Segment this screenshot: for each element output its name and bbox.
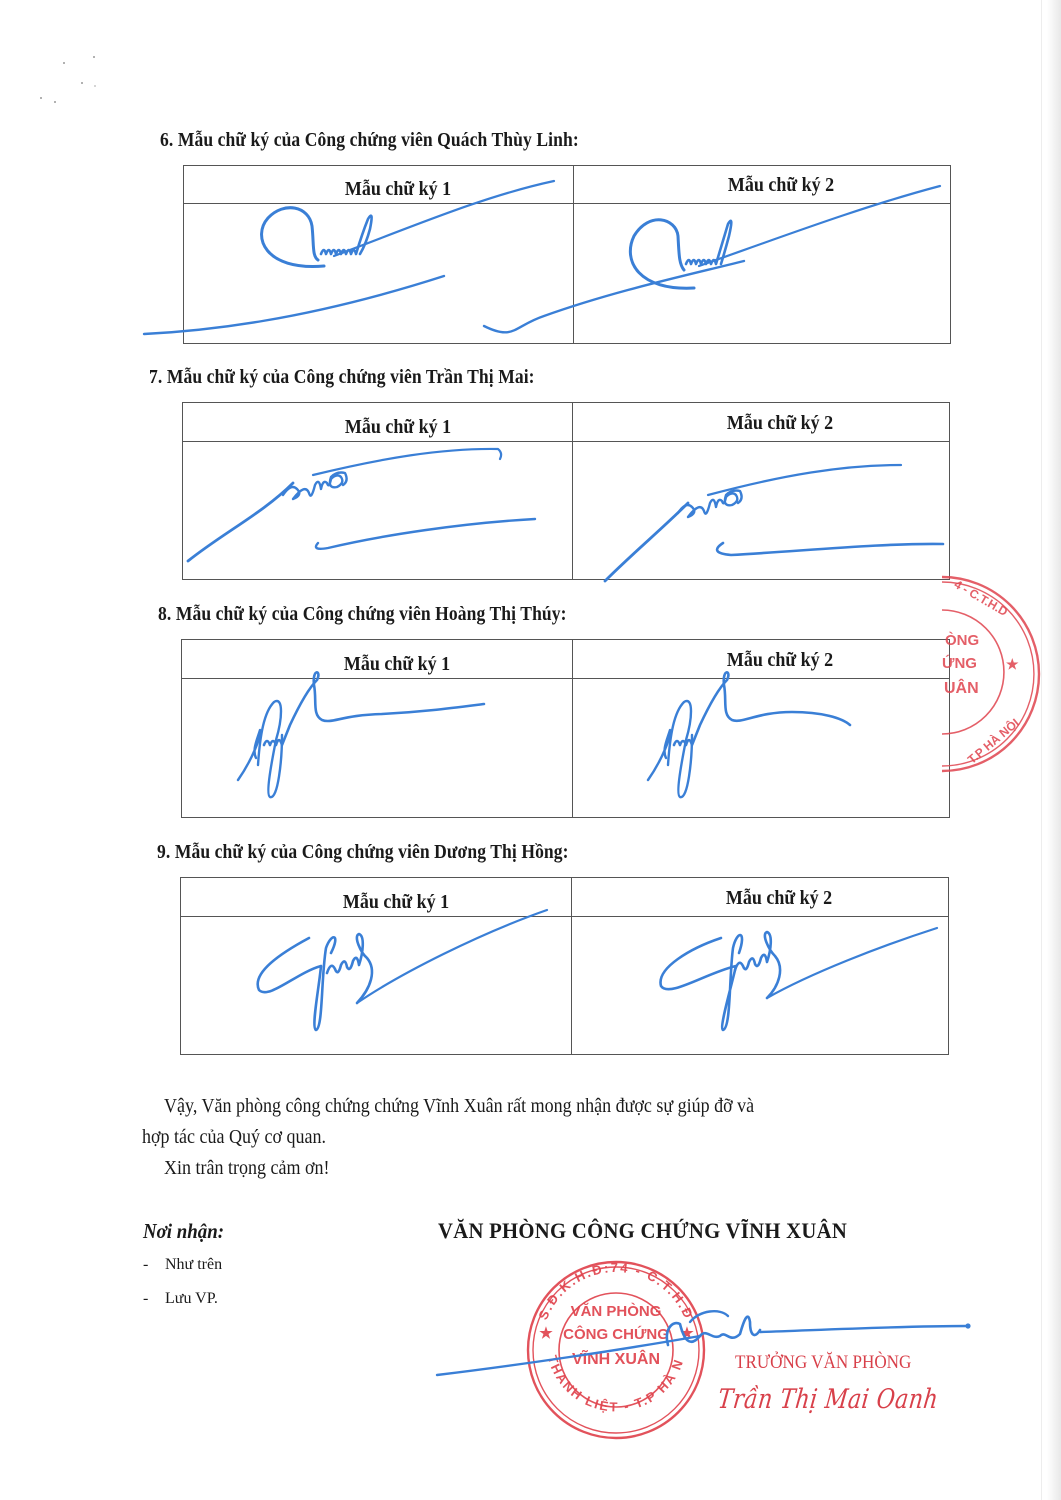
- scan-edge-shadow: [1047, 0, 1061, 1500]
- signature-table-6: Mẫu chữ ký 1 Mẫu chữ ký 2: [183, 165, 951, 344]
- closing-line-3: Xin trân trọng cảm ơn!: [164, 1157, 329, 1180]
- signature-table-9: Mẫu chữ ký 1 Mẫu chữ ký 2: [180, 877, 949, 1055]
- signature-image-9: [181, 878, 950, 1056]
- organization-title: VĂN PHÒNG CÔNG CHỨNG VĨNH XUÂN: [438, 1218, 847, 1244]
- stamp-star-right: ★: [680, 1325, 694, 1342]
- list-dash: -: [143, 1256, 165, 1274]
- section-6-title: 6. Mẫu chữ ký của Công chứng viên Quách …: [160, 130, 579, 152]
- stamp-line-2: CÔNG CHỨNG: [563, 1325, 669, 1343]
- scan-edge-line: [1041, 0, 1042, 1500]
- svg-text:4 - C.T.H.D: 4 - C.T.H.D: [952, 577, 1011, 619]
- recipients-title: Nơi nhận:: [143, 1219, 224, 1244]
- svg-text:S.Đ.K.H.Đ:74 - C.T.H.Đ: S.Đ.K.H.Đ:74 - C.T.H.Đ: [535, 1260, 696, 1322]
- section-9-title: 9. Mẫu chữ ký của Công chứng viên Dương …: [157, 842, 569, 864]
- recipient-text: Như trên: [165, 1256, 222, 1273]
- recipient-item: -Lưu VP.: [143, 1290, 218, 1308]
- section-8-title: 8. Mẫu chữ ký của Công chứng viên Hoàng …: [158, 604, 567, 626]
- stamp-line-3: VĨNH XUÂN: [572, 1348, 660, 1368]
- recipient-text: Lưu VP.: [165, 1290, 218, 1307]
- stamp-line-1: VĂN PHÒNG: [571, 1302, 662, 1320]
- signer-name: Trần Thị Mai Oanh: [716, 1384, 940, 1415]
- section-7-title: 7. Mẫu chữ ký của Công chứng viên Trần T…: [149, 367, 535, 389]
- svg-text:★: ★: [1006, 656, 1019, 672]
- signature-image-6: [184, 166, 952, 345]
- office-stamp: [528, 1262, 704, 1438]
- recipient-item: -Như trên: [143, 1256, 222, 1274]
- signature-table-7: Mẫu chữ ký 1 Mẫu chữ ký 2: [182, 402, 950, 580]
- closing-line-1: Vậy, Văn phòng công chứng chứng Vĩnh Xuâ…: [164, 1095, 754, 1118]
- signature-image-8: [182, 640, 951, 819]
- stamp-star-left: ★: [539, 1325, 553, 1342]
- closing-line-2: hợp tác của Quý cơ quan.: [142, 1126, 326, 1149]
- svg-text:T.P HÀ NỘI: T.P HÀ NỘI: [964, 715, 1021, 767]
- signer-role: TRƯỞNG VĂN PHÒNG: [735, 1352, 911, 1374]
- signature-image-7: [183, 403, 951, 581]
- signature-table-8: Mẫu chữ ký 1 Mẫu chữ ký 2: [181, 639, 950, 818]
- list-dash: -: [143, 1290, 165, 1308]
